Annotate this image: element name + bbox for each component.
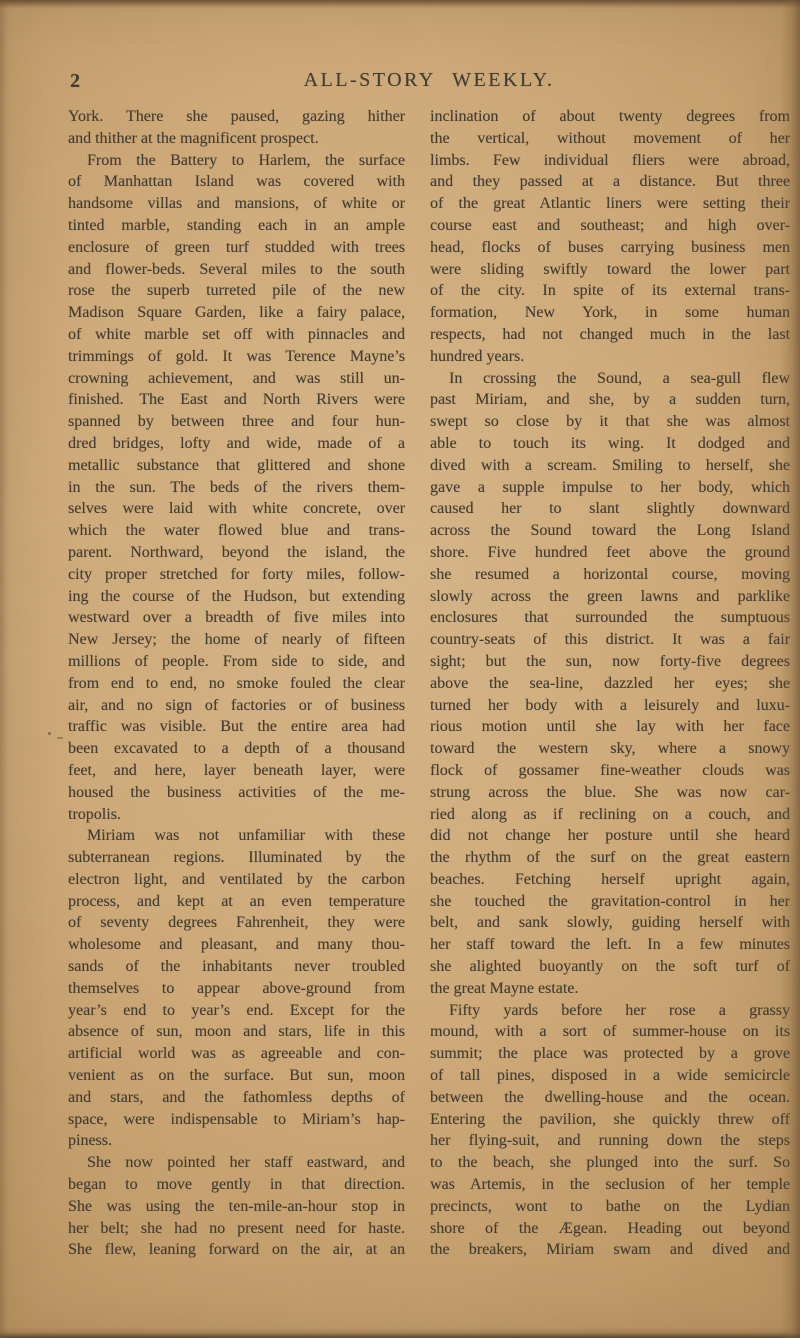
text-line: wholesome and pleasant, and many thou-: [68, 934, 405, 956]
text-line: rose the superb turreted pile of the new: [68, 280, 405, 302]
text-line: mound, with a sort of summer-house on it…: [430, 1021, 790, 1043]
text-line: the rhythm of the surf on the great east…: [430, 847, 790, 869]
text-line: absence of sun, moon and stars, life in …: [68, 1021, 405, 1043]
text-line: caused her to slant slightly downward: [430, 498, 790, 520]
text-line: which the water flowed blue and trans-: [68, 520, 405, 542]
text-line: sands of the inhabitants never troubled: [68, 956, 405, 978]
text-line: space, were indispensable to Miriam’s ha…: [68, 1109, 405, 1131]
text-line: handsome villas and mansions, of white o…: [68, 193, 405, 215]
text-line: her belt; she had no present need for ha…: [68, 1218, 405, 1240]
text-line: Fifty yards before her rose a grassy: [430, 1000, 790, 1022]
text-line: Madison Square Garden, like a fairy pala…: [68, 302, 405, 324]
text-line: themselves to appear above-ground from: [68, 978, 405, 1000]
text-line: ing the course of the Hudson, but extend…: [68, 586, 405, 608]
text-line: gave a supple impulse to her body, which: [430, 477, 790, 499]
text-line: In crossing the Sound, a sea-gull flew: [430, 368, 790, 390]
text-line: been excavated to a depth of a thousand: [68, 738, 405, 760]
text-line: was Artemis, in the seclusion of her tem…: [430, 1174, 790, 1196]
text-line: swept so close by it that she was almost: [430, 411, 790, 433]
text-line: trimmings of gold. It was Terence Mayne’…: [68, 346, 405, 368]
text-line: of white marble set off with pinnacles a…: [68, 324, 405, 346]
text-line: rious motion until she lay with her face: [430, 716, 790, 738]
page-number: 2: [70, 70, 81, 93]
page-edge-shadow-bottom: [0, 1328, 800, 1338]
text-line: flock of gossamer fine-weather clouds wa…: [430, 760, 790, 782]
text-line: year’s end to year’s end. Except for the: [68, 1000, 405, 1022]
text-line: respects, had not changed much in the la…: [430, 324, 790, 346]
text-column-right: inclination of about twenty degrees from…: [430, 106, 790, 1261]
text-line: feet, and here, layer beneath layer, wer…: [68, 760, 405, 782]
text-line: crowning achievement, and was still un-: [68, 368, 405, 390]
text-line: piness.: [68, 1130, 405, 1152]
text-line: across the Sound toward the Long Island: [430, 520, 790, 542]
text-line: summit; the place was protected by a gro…: [430, 1043, 790, 1065]
text-line: her staff toward the left. In a few minu…: [430, 934, 790, 956]
text-block: York. There she paused, gazing hitherand…: [68, 106, 790, 1261]
text-line: able to touch its wing. It dodged and: [430, 433, 790, 455]
text-line: dived with a scream. Smiling to herself,…: [430, 455, 790, 477]
text-line: did not change her posture until she hea…: [430, 825, 790, 847]
text-line: housed the business activities of the me…: [68, 782, 405, 804]
paragraph: She now pointed her staff eastward, andb…: [68, 1152, 405, 1261]
text-line: of tall pines, disposed in a wide semici…: [430, 1065, 790, 1087]
text-line: and stars, and the fathomless depths of: [68, 1087, 405, 1109]
text-line: From the Battery to Harlem, the surface: [68, 150, 405, 172]
text-line: the great Mayne estate.: [430, 978, 790, 1000]
text-line: York. There she paused, gazing hither: [68, 106, 405, 128]
text-line: electron light, and ventilated by the ca…: [68, 869, 405, 891]
text-line: slowly across the green lawns and parkli…: [430, 586, 790, 608]
magazine-page-scan: 2 ALL-STORY WEEKLY. York. There she paus…: [0, 0, 800, 1338]
text-line: formation, New York, in some human: [430, 302, 790, 324]
page-edge-shadow-left: [0, 0, 8, 1338]
text-line: venient as on the surface. But sun, moon: [68, 1065, 405, 1087]
text-line: enclosures that surrounded the sumptuous: [430, 607, 790, 629]
text-line: country-seats of this district. It was a…: [430, 629, 790, 651]
text-line: course east and southeast; and high over…: [430, 215, 790, 237]
text-line: artificial world was as agreeable and co…: [68, 1043, 405, 1065]
text-line: shore of the Ægean. Heading out beyond: [430, 1218, 790, 1240]
text-line: head, flocks of buses carrying business …: [430, 237, 790, 259]
text-line: she touched the gravitation-control in h…: [430, 891, 790, 913]
paragraph: Fifty yards before her rose a grassymoun…: [430, 1000, 790, 1262]
text-line: she resumed a horizontal course, moving: [430, 564, 790, 586]
text-line: process, and kept at an even temperature: [68, 891, 405, 913]
text-line: beaches. Fetching herself upright again,: [430, 869, 790, 891]
text-line: precincts, wont to bathe on the Lydian: [430, 1196, 790, 1218]
text-line: traffic was visible. But the entire area…: [68, 716, 405, 738]
page-title: ALL-STORY WEEKLY.: [68, 69, 790, 92]
text-line: were sliding swiftly toward the lower pa…: [430, 259, 790, 281]
text-line: She flew, leaning forward on the air, at…: [68, 1239, 405, 1261]
text-line: spanned by between three and four hun-: [68, 411, 405, 433]
text-line: dred bridges, lofty and wide, made of a: [68, 433, 405, 455]
text-line: from end to end, no smoke fouled the cle…: [68, 673, 405, 695]
text-line: She was using the ten-mile-an-hour stop …: [68, 1196, 405, 1218]
text-line: strung across the blue. She was now car-: [430, 782, 790, 804]
text-line: shore. Five hundred feet above the groun…: [430, 542, 790, 564]
paragraph: Miriam was not unfamiliar with thesesubt…: [68, 825, 405, 1152]
text-line: between the dwelling-house and the ocean…: [430, 1087, 790, 1109]
text-line: sight; but the sun, now forty-five degre…: [430, 651, 790, 673]
text-line: and they passed at a distance. But three: [430, 171, 790, 193]
paragraph: York. There she paused, gazing hitherand…: [68, 106, 405, 150]
text-line: she alighted buoyantly on the soft turf …: [430, 956, 790, 978]
text-line: above the sea-line, dazzled her eyes; sh…: [430, 673, 790, 695]
page-edge-shadow-top: [0, 0, 800, 8]
text-line: air, and no sign of factories or of busi…: [68, 695, 405, 717]
text-line: and thither at the magnificent prospect.: [68, 128, 405, 150]
text-line: parent. Northward, beyond the island, th…: [68, 542, 405, 564]
text-line: enclosure of green turf studded with tre…: [68, 237, 405, 259]
paragraph: From the Battery to Harlem, the surfaceo…: [68, 150, 405, 826]
text-line: the breakers, Miriam swam and dived and: [430, 1239, 790, 1261]
text-line: finished. The East and North Rivers were: [68, 389, 405, 411]
text-line: tinted marble, standing each in an ample: [68, 215, 405, 237]
text-line: Entering the pavilion, she quickly threw…: [430, 1109, 790, 1131]
text-line: of Manhattan Island was covered with: [68, 171, 405, 193]
text-line: Miriam was not unfamiliar with these: [68, 825, 405, 847]
text-line: selves were laid with white concrete, ov…: [68, 498, 405, 520]
margin-ink-speck: [57, 737, 63, 739]
paragraph: In crossing the Sound, a sea-gull flewpa…: [430, 368, 790, 1000]
text-line: of seventy degrees Fahrenheit, they were: [68, 912, 405, 934]
text-line: began to move gently in that direction.: [68, 1174, 405, 1196]
text-line: of the city. In spite of its external tr…: [430, 280, 790, 302]
text-line: city proper stretched for forty miles, f…: [68, 564, 405, 586]
text-line: belt, and sank slowly, guiding herself w…: [430, 912, 790, 934]
text-line: subterranean regions. Illuminated by the: [68, 847, 405, 869]
text-line: tropolis.: [68, 804, 405, 826]
text-column-left: York. There she paused, gazing hitherand…: [68, 106, 405, 1261]
text-line: toward the western sky, where a snowy: [430, 738, 790, 760]
text-line: ried along as if reclining on a couch, a…: [430, 804, 790, 826]
text-line: limbs. Few individual fliers were abroad…: [430, 150, 790, 172]
text-line: and flower-beds. Several miles to the so…: [68, 259, 405, 281]
text-line: turned her body with a leisurely and lux…: [430, 695, 790, 717]
text-line: millions of people. From side to side, a…: [68, 651, 405, 673]
text-line: to the beach, she plunged into the surf.…: [430, 1152, 790, 1174]
text-line: westward over a breadth of five miles in…: [68, 607, 405, 629]
margin-ink-speck: [48, 732, 51, 735]
text-line: her flying-suit, and running down the st…: [430, 1130, 790, 1152]
text-line: metallic substance that glittered and sh…: [68, 455, 405, 477]
text-line: in the sun. The beds of the rivers them-: [68, 477, 405, 499]
text-line: the vertical, without movement of her: [430, 128, 790, 150]
paragraph: inclination of about twenty degrees from…: [430, 106, 790, 368]
text-line: hundred years.: [430, 346, 790, 368]
text-line: New Jersey; the home of nearly of fiftee…: [68, 629, 405, 651]
text-line: past Miriam, and she, by a sudden turn,: [430, 389, 790, 411]
running-head: 2 ALL-STORY WEEKLY.: [68, 69, 790, 95]
text-line: of the great Atlantic liners were settin…: [430, 193, 790, 215]
text-line: inclination of about twenty degrees from: [430, 106, 790, 128]
text-line: She now pointed her staff eastward, and: [68, 1152, 405, 1174]
